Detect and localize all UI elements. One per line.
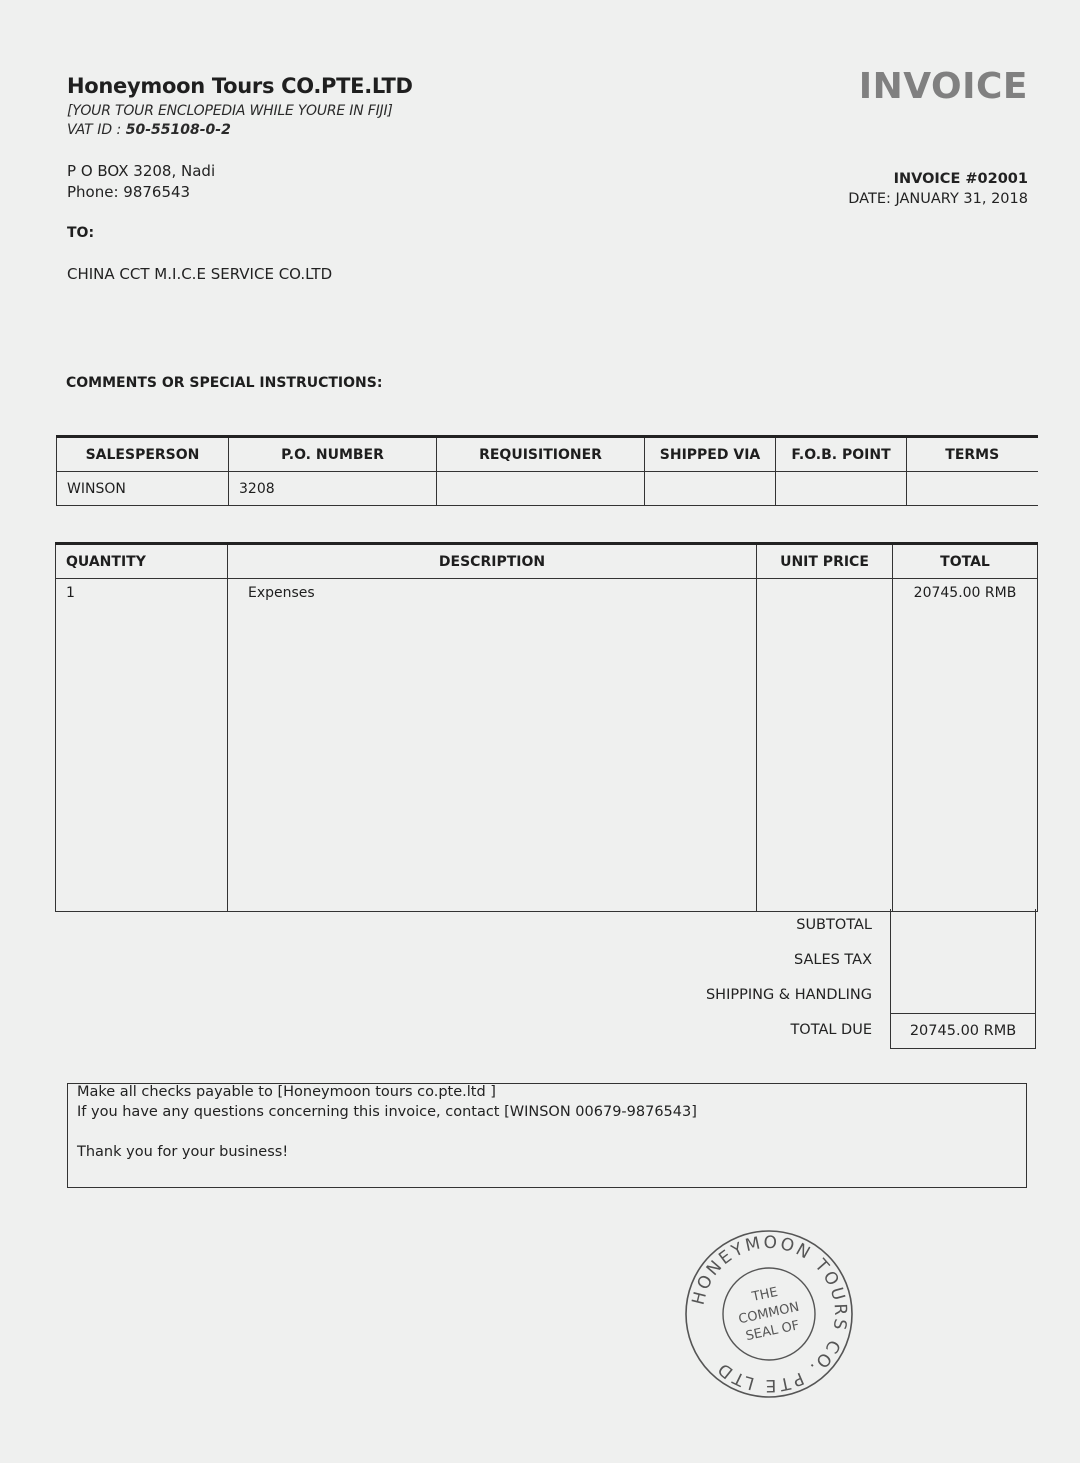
company-phone: Phone: 9876543 — [67, 182, 215, 203]
vat-id: VAT ID : 50-55108-0-2 — [67, 122, 231, 138]
company-name: Honeymoon Tours CO.PTE.LTD — [67, 74, 413, 98]
thank-you-note: Thank you for your business! — [77, 1144, 288, 1160]
item-quantity: 1 — [56, 579, 228, 912]
invoice-number: INVOICE #02001 — [848, 169, 1028, 189]
shipped-via-value — [645, 472, 776, 506]
invoice-meta: INVOICE #02001 DATE: JANUARY 31, 2018 — [848, 169, 1028, 209]
header-total: TOTAL — [893, 544, 1038, 579]
vat-number: 50-55108-0-2 — [126, 122, 231, 138]
seal-inner-line1: THE — [750, 1285, 779, 1305]
header-quantity: QUANTITY — [56, 544, 228, 579]
item-unit-price — [757, 579, 893, 912]
invoice-title: INVOICE — [859, 66, 1028, 107]
header-terms: TERMS — [907, 437, 1038, 472]
header-shipped-via: SHIPPED VIA — [645, 437, 776, 472]
requisitioner-value — [437, 472, 645, 506]
sales-tax-label: SALES TAX — [706, 944, 872, 979]
header-po-number: P.O. NUMBER — [229, 437, 437, 472]
company-address: P O BOX 3208, Nadi — [67, 161, 215, 182]
header-salesperson: SALESPERSON — [57, 437, 229, 472]
shipping-handling-label: SHIPPING & HANDLING — [706, 979, 872, 1014]
recipient-name: CHINA CCT M.I.C.E SERVICE CO.LTD — [67, 265, 332, 283]
order-info-row: WINSON 3208 — [57, 472, 1038, 506]
seal-icon: HONEYMOON TOURS CO. PTE LTD THE COMMON S… — [683, 1228, 855, 1400]
total-due-label: TOTAL DUE — [706, 1014, 872, 1049]
company-tagline: [YOUR TOUR ENCLOPEDIA WHILE YOURE IN FIJ… — [67, 103, 393, 119]
header-unit-price: UNIT PRICE — [757, 544, 893, 579]
po-number-value: 3208 — [229, 472, 437, 506]
comments-label: COMMENTS OR SPECIAL INSTRUCTIONS: — [66, 375, 382, 391]
table-row: 1 Expenses 20745.00 RMB — [56, 579, 1038, 912]
item-description: Expenses — [228, 579, 757, 912]
fob-point-value — [776, 472, 907, 506]
line-items-header-row: QUANTITY DESCRIPTION UNIT PRICE TOTAL — [56, 544, 1038, 579]
terms-value — [907, 472, 1038, 506]
header-fob-point: F.O.B. POINT — [776, 437, 907, 472]
company-address-block: P O BOX 3208, Nadi Phone: 9876543 — [67, 161, 215, 203]
totals-labels: SUBTOTAL SALES TAX SHIPPING & HANDLING T… — [706, 909, 872, 1049]
vat-label: VAT ID : — [67, 122, 126, 138]
subtotal-label: SUBTOTAL — [706, 909, 872, 944]
salesperson-value: WINSON — [57, 472, 229, 506]
payment-notes-box: Make all checks payable to [Honeymoon to… — [67, 1083, 1027, 1188]
payment-instructions: Make all checks payable to [Honeymoon to… — [77, 1084, 496, 1100]
header-description: DESCRIPTION — [228, 544, 757, 579]
order-info-table: SALESPERSON P.O. NUMBER REQUISITIONER SH… — [56, 435, 1038, 506]
total-due-value: 20745.00 RMB — [890, 1013, 1036, 1049]
invoice-date: DATE: JANUARY 31, 2018 — [848, 189, 1028, 209]
totals-values-box — [890, 909, 1036, 1014]
order-info-header-row: SALESPERSON P.O. NUMBER REQUISITIONER SH… — [57, 437, 1038, 472]
company-seal-stamp: HONEYMOON TOURS CO. PTE LTD THE COMMON S… — [683, 1228, 855, 1400]
recipient-label: TO: — [67, 225, 94, 241]
contact-info: If you have any questions concerning thi… — [77, 1104, 697, 1120]
line-items-table: QUANTITY DESCRIPTION UNIT PRICE TOTAL 1 … — [55, 542, 1038, 912]
header-requisitioner: REQUISITIONER — [437, 437, 645, 472]
item-total: 20745.00 RMB — [893, 579, 1038, 912]
